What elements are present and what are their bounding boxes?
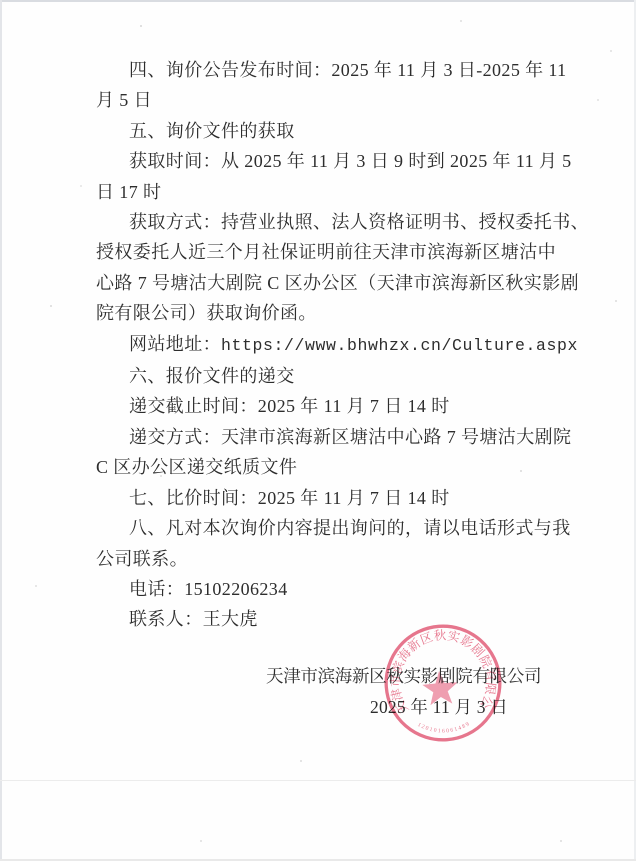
doc-line: 获取方式：持营业执照、法人资格证明书、授权委托书、 [96,207,566,237]
doc-line: 月 5 日 [96,85,566,115]
svg-text:天津市滨海新区秋实影剧院有限公司: 天津市滨海新区秋实影剧院有限公司 [377,617,500,719]
doc-line: 公司联系。 [96,544,566,574]
doc-line-section-6: 六、报价文件的递交 [96,361,566,391]
scan-artifact-line [0,780,636,781]
seal-code-digits: 1201016061489 [416,718,472,736]
doc-line: 获取时间：从 2025 年 11 月 3 日 9 时到 2025 年 11 月 … [96,146,566,176]
website-url: https://www.bhwhzx.cn/Culture.aspx [221,336,578,355]
seal-star-icon [421,670,459,706]
doc-line-section-7: 七、比价时间：2025 年 11 月 7 日 14 时 [96,483,566,513]
scan-edge-left [0,0,2,861]
doc-line: 心路 7 号塘沽大剧院 C 区办公区（天津市滨海新区秋实影剧 [96,268,566,298]
scanned-document-page: 四、询价公告发布时间：2025 年 11 月 3 日-2025 年 11 月 5… [0,0,636,861]
website-label: 网站地址： [129,334,221,354]
doc-line: C 区办公区递交纸质文件 [96,452,566,482]
scan-edge-top [0,0,636,2]
seal-ring-text: 天津市滨海新区秋实影剧院有限公司 [377,617,500,719]
doc-line-phone: 电话：15102206234 [96,574,566,604]
doc-line: 四、询价公告发布时间：2025 年 11 月 3 日-2025 年 11 [96,55,566,85]
doc-line-website: 网站地址：https://www.bhwhzx.cn/Culture.aspx [96,329,566,361]
company-seal: 天津市滨海新区秋实影剧院有限公司 1201016061489 [377,617,509,749]
doc-line-section-8: 八、凡对本次询价内容提出询问的，请以电话形式与我 [96,513,566,543]
doc-line: 授权委托人近三个月社保证明前往天津市滨海新区塘沽中 [96,237,566,267]
doc-line: 日 17 时 [96,177,566,207]
document-body: 四、询价公告发布时间：2025 年 11 月 3 日-2025 年 11 月 5… [96,55,566,635]
svg-text:1201016061489: 1201016061489 [416,718,472,736]
doc-line-section-5: 五、询价文件的获取 [96,116,566,146]
doc-line: 递交方式：天津市滨海新区塘沽中心路 7 号塘沽大剧院 [96,422,566,452]
scan-speckles [140,25,142,27]
doc-line: 递交截止时间：2025 年 11 月 7 日 14 时 [96,391,566,421]
doc-line: 院有限公司）获取询价函。 [96,298,566,328]
